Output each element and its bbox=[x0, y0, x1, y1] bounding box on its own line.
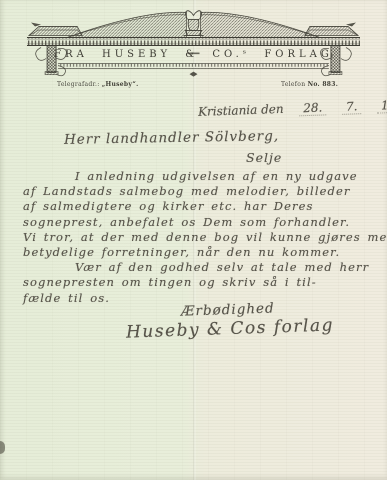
body-line: Vær af den godhed selv at tale med herr bbox=[23, 260, 375, 275]
telegraph-label: Telegrafadr.: bbox=[57, 81, 100, 88]
body-line: af Landstads salmebog med melodier, bill… bbox=[23, 184, 375, 199]
closing: Ærbødighed bbox=[181, 300, 275, 319]
body-line: Vi tror, at der med denne bog vil kunne … bbox=[23, 230, 375, 245]
body-line: sogneprest, anbefalet os Dem som forhand… bbox=[23, 215, 375, 230]
dateline-place: Kristiania den bbox=[198, 102, 284, 119]
letterhead-ornament bbox=[27, 7, 360, 78]
body-line: betydelige forretninger, når den nu komm… bbox=[23, 245, 375, 260]
top-beam bbox=[27, 37, 360, 45]
dateline: Kristiania den 28. 7. 1893. bbox=[198, 97, 387, 119]
telephone-value: No. 883. bbox=[308, 81, 339, 88]
salutation-place: Selje bbox=[246, 150, 282, 165]
letter-body: I anledning udgivelsen af en ny udgave a… bbox=[23, 169, 375, 306]
telegraph-line: Telegrafadr.: „Huseby“. bbox=[57, 81, 139, 88]
left-cornice bbox=[29, 22, 82, 35]
body-line: sognepresten om tingen og skriv så i til… bbox=[23, 275, 375, 290]
body-line: af salmedigtere og kirker etc. har Deres bbox=[23, 199, 375, 214]
right-cornice bbox=[305, 22, 358, 35]
company-name: FRA HUSEBY & CO.ˢ FORLAG bbox=[27, 49, 360, 60]
salutation: Herr landhandler Sölvberg, bbox=[64, 128, 279, 148]
telegraph-value: „Huseby“. bbox=[102, 81, 139, 88]
signature: Huseby & Cos forlag bbox=[126, 315, 335, 342]
edge-smudge bbox=[0, 441, 5, 454]
dateline-month: 7. bbox=[342, 99, 362, 115]
telephone-label: Telefon bbox=[281, 81, 305, 88]
body-line: I anledning udgivelsen af en ny udgave bbox=[23, 169, 375, 184]
telephone-line: Telefon No. 883. bbox=[281, 81, 338, 88]
letter-page: FRA HUSEBY & CO.ˢ FORLAG Telegrafadr.: „… bbox=[0, 0, 387, 480]
center-fleuron bbox=[189, 72, 197, 77]
dateline-day: 28. bbox=[299, 100, 327, 116]
dateline-year: 1893. bbox=[377, 97, 387, 113]
